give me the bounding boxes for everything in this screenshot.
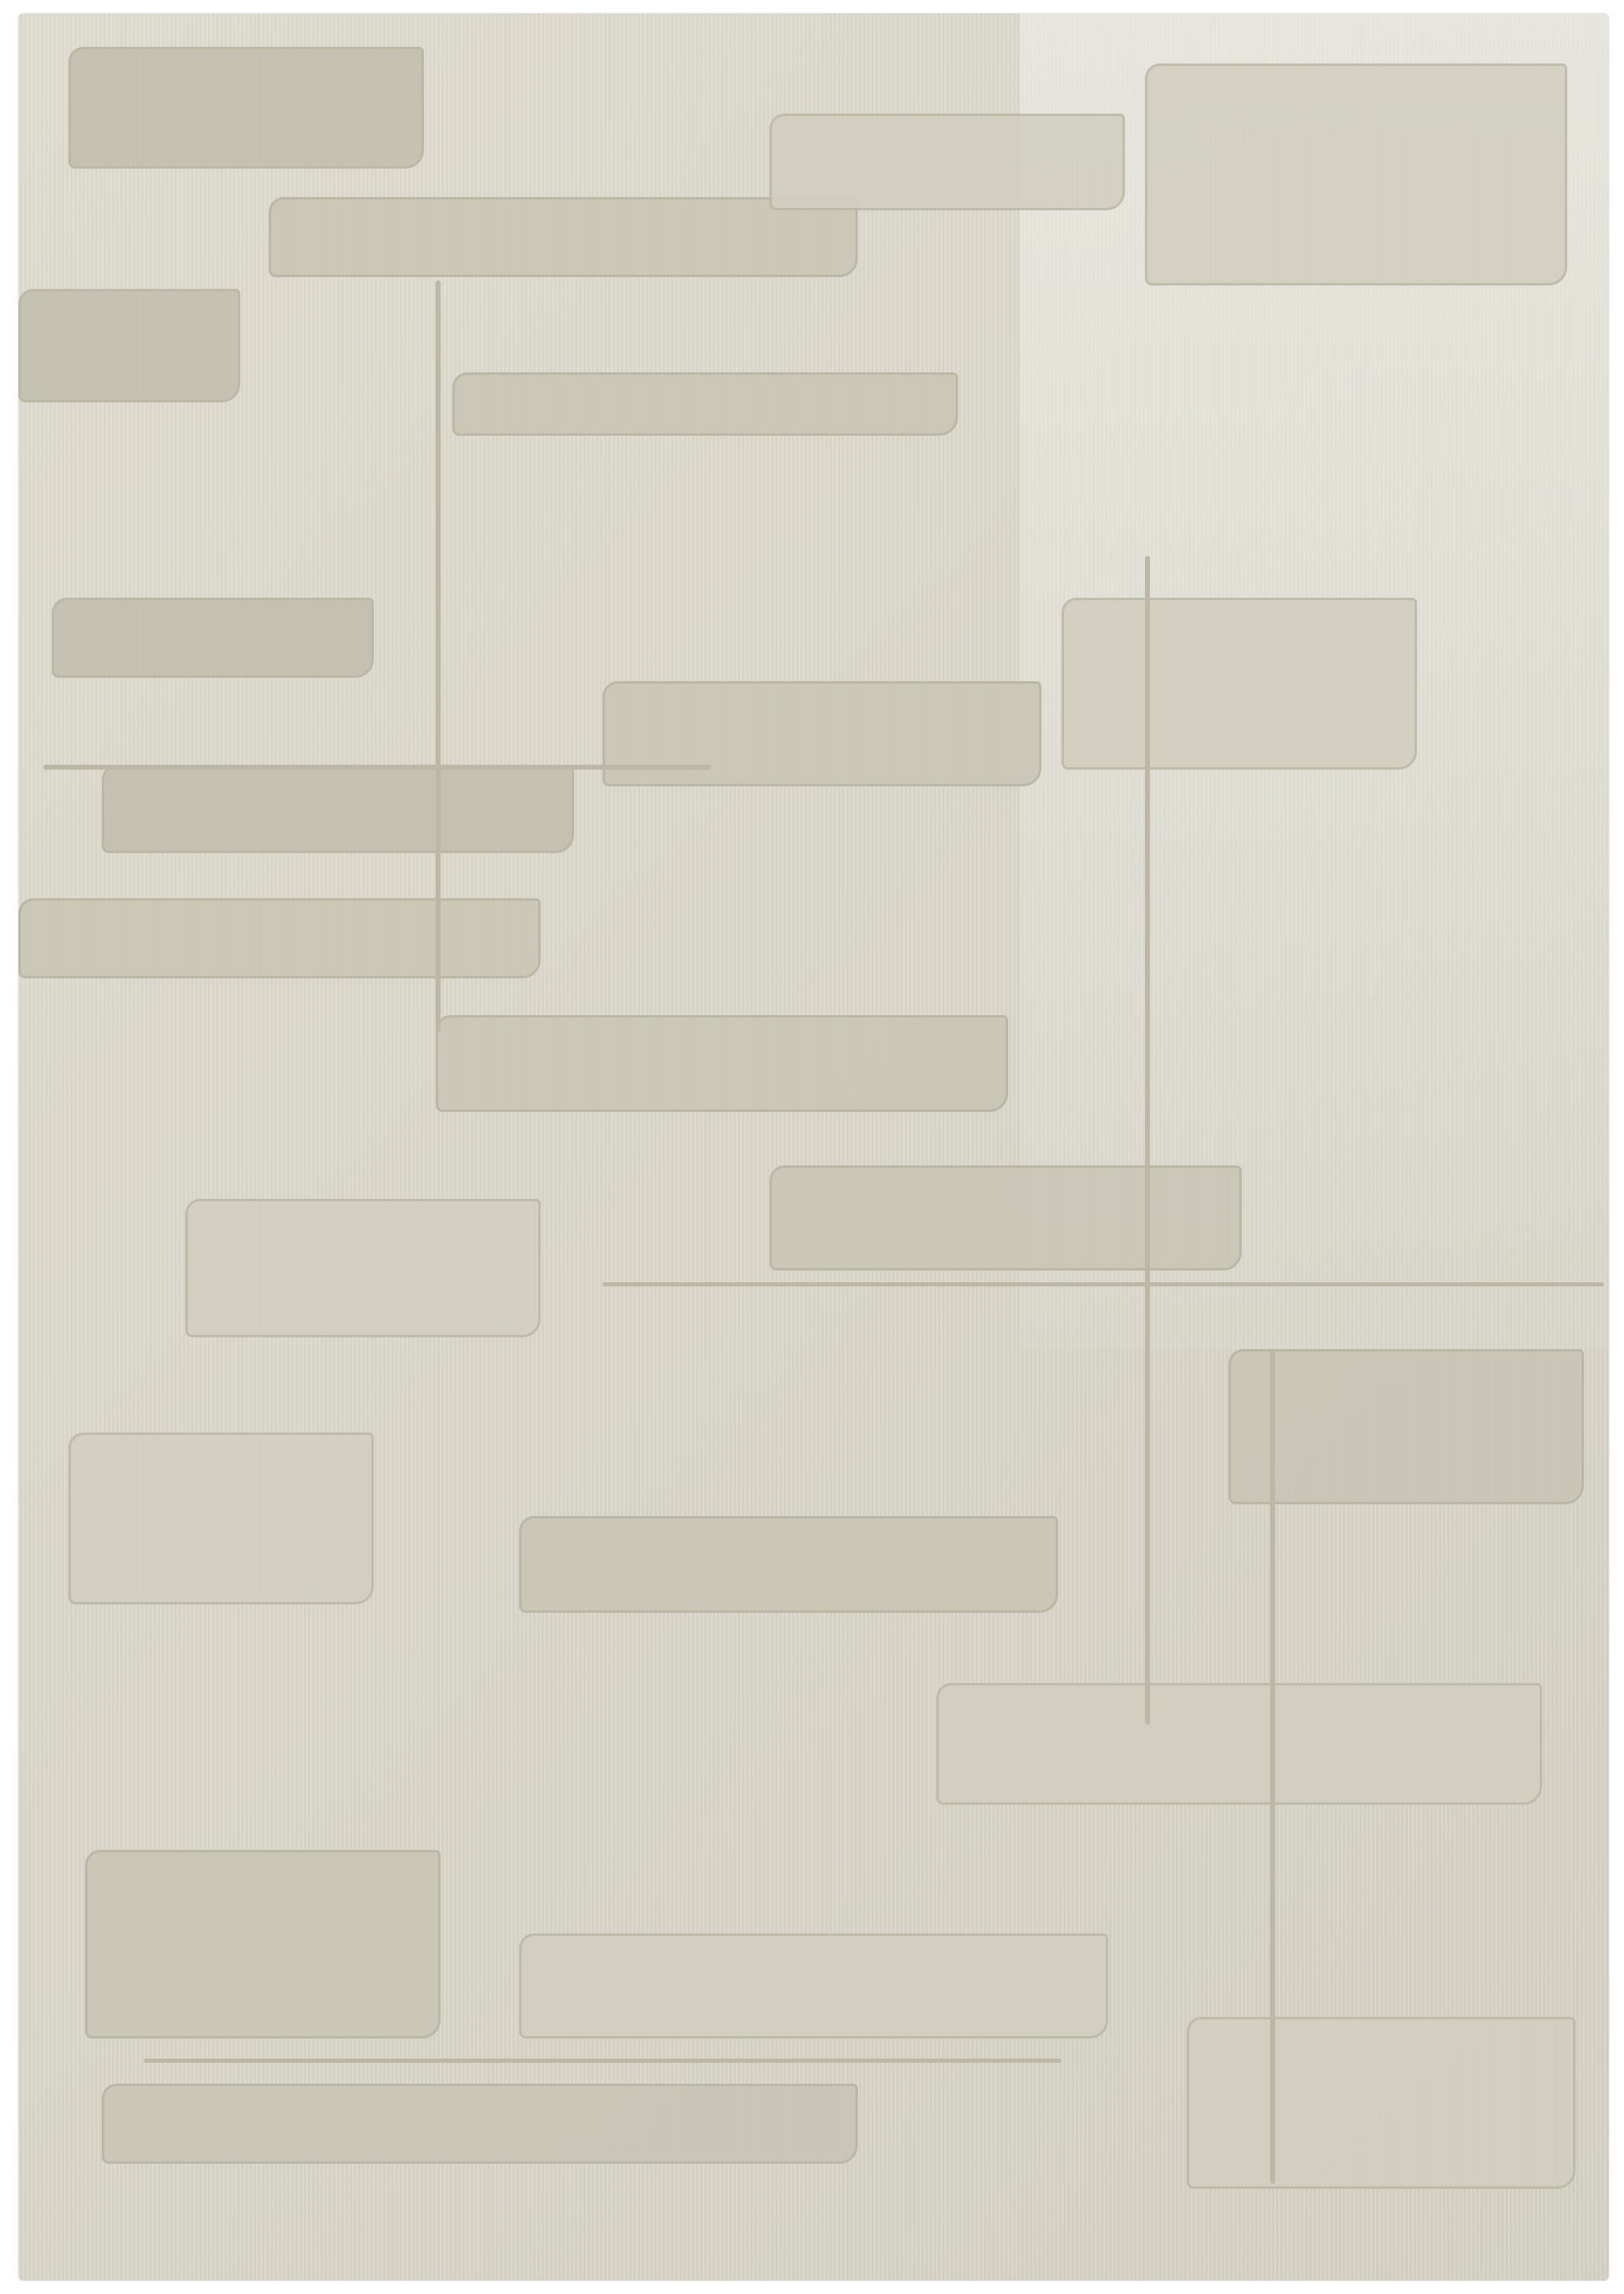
rug-pattern-patch [1228,1349,1584,1504]
rug-pattern-patch [269,197,858,277]
rug-pattern-patch [102,2084,858,2164]
rug-pattern-patch [519,1933,1108,2039]
rug-pattern-patch [519,1516,1058,1613]
rug-pattern-line [1145,556,1150,1725]
rug-pattern-patch [68,1432,374,1604]
rug-pattern-line [436,280,441,1032]
rug-pattern-patch [1062,598,1417,770]
rug [18,13,1609,2281]
rug-pattern-patch [18,898,541,978]
rug-pattern-line [144,2059,1062,2063]
rug-pattern-patch [1145,63,1567,285]
rug-pattern-patch [436,1015,1008,1112]
rug-pattern-patch [185,1199,541,1337]
rug-pattern-patch [936,1683,1542,1805]
rug-pattern-patch [68,47,424,169]
rug-pattern-patch [603,681,1041,786]
rug-pattern-patch [18,289,240,402]
rug-pattern-line [43,765,711,770]
rug-pattern-patch [769,1165,1242,1271]
rug-pattern-patch [452,372,958,436]
rug-pattern-patch [1187,2017,1576,2189]
rug-pattern-line [603,1282,1604,1286]
rug-pattern-line [1270,1349,1275,2184]
rug-pattern-patch [102,765,574,853]
rug-pattern-patch [85,1850,441,2039]
rug-pattern-patch [769,114,1125,210]
rug-pattern-patch [52,598,374,678]
